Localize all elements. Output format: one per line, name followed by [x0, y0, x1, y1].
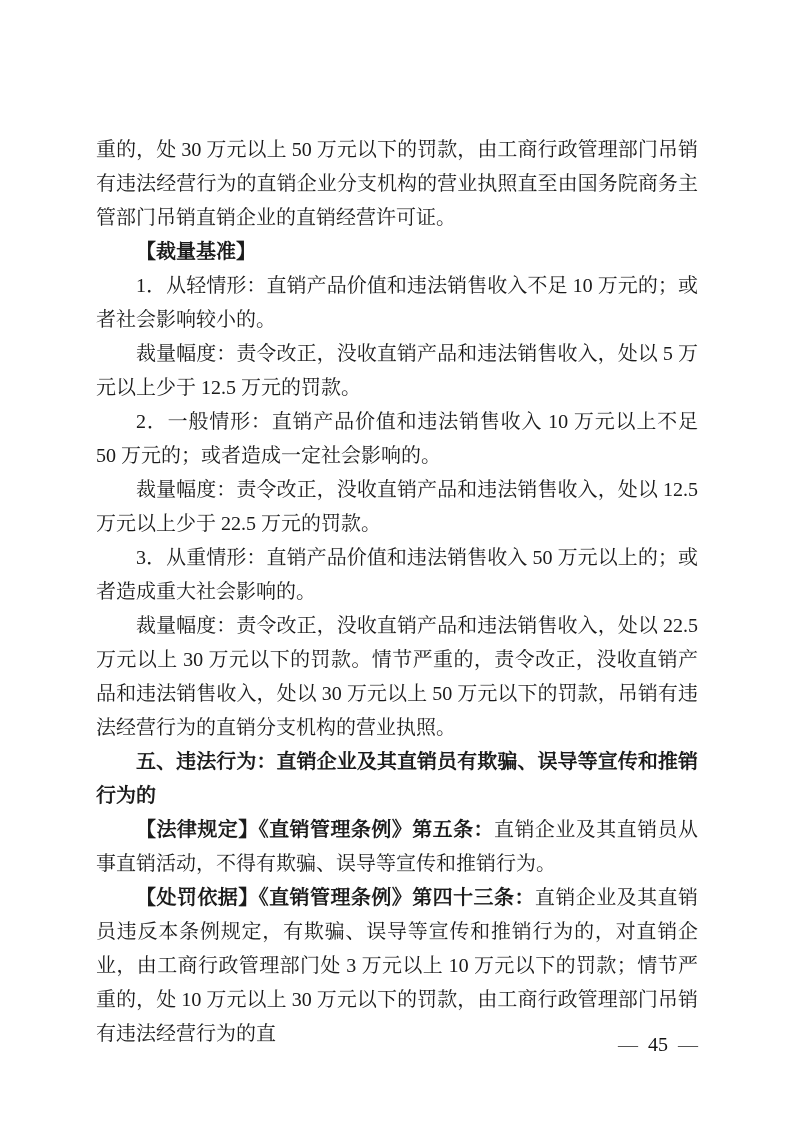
- footer-left-dash: —: [618, 1031, 638, 1059]
- page-number: 45: [648, 1031, 668, 1059]
- heading-discretion-basis: 【裁量基准】: [96, 235, 698, 269]
- paragraph-general-range: 裁量幅度：责令改正，没收直销产品和违法销售收入，处以 12.5 万元以上少于 2…: [96, 473, 698, 541]
- paragraph-lenient-case: 1．从轻情形：直销产品价值和违法销售收入不足 10 万元的；或者社会影响较小的。: [96, 269, 698, 337]
- paragraph-lenient-range: 裁量幅度：责令改正，没收直销产品和违法销售收入，处以 5 万元以上少于 12.5…: [96, 337, 698, 405]
- paragraph-legal-provision: 【法律规定】《直销管理条例》第五条：直销企业及其直销员从事直销活动，不得有欺骗、…: [96, 813, 698, 881]
- paragraph-severe-case: 3．从重情形：直销产品价值和违法销售收入 50 万元以上的；或者造成重大社会影响…: [96, 541, 698, 609]
- page-footer: — 45 —: [618, 1031, 698, 1059]
- paragraph-legal-provision-lead: 【法律规定】《直销管理条例》第五条：: [136, 819, 494, 841]
- paragraph-continuation: 重的，处 30 万元以上 50 万元以下的罚款，由工商行政管理部门吊销有违法经营…: [96, 133, 698, 235]
- paragraph-general-case: 2．一般情形：直销产品价值和违法销售收入 10 万元以上不足 50 万元的；或者…: [96, 405, 698, 473]
- footer-right-dash: —: [678, 1031, 698, 1059]
- paragraph-penalty-basis-text: 直销企业及其直销员违反本条例规定，有欺骗、误导等宣传和推销行为的，对直销企业，由…: [96, 887, 698, 1045]
- document-text-block: 重的，处 30 万元以上 50 万元以下的罚款，由工商行政管理部门吊销有违法经营…: [96, 133, 698, 1051]
- paragraph-penalty-basis-lead: 【处罚依据】《直销管理条例》第四十三条：: [136, 887, 535, 909]
- paragraph-severe-range: 裁量幅度：责令改正，没收直销产品和违法销售收入，处以 22.5 万元以上 30 …: [96, 609, 698, 745]
- document-page: 重的，处 30 万元以上 50 万元以下的罚款，由工商行政管理部门吊销有违法经营…: [0, 0, 793, 1122]
- paragraph-penalty-basis: 【处罚依据】《直销管理条例》第四十三条：直销企业及其直销员违反本条例规定，有欺骗…: [96, 881, 698, 1051]
- section-heading-violation-five: 五、违法行为：直销企业及其直销员有欺骗、误导等宣传和推销行为的: [96, 745, 698, 813]
